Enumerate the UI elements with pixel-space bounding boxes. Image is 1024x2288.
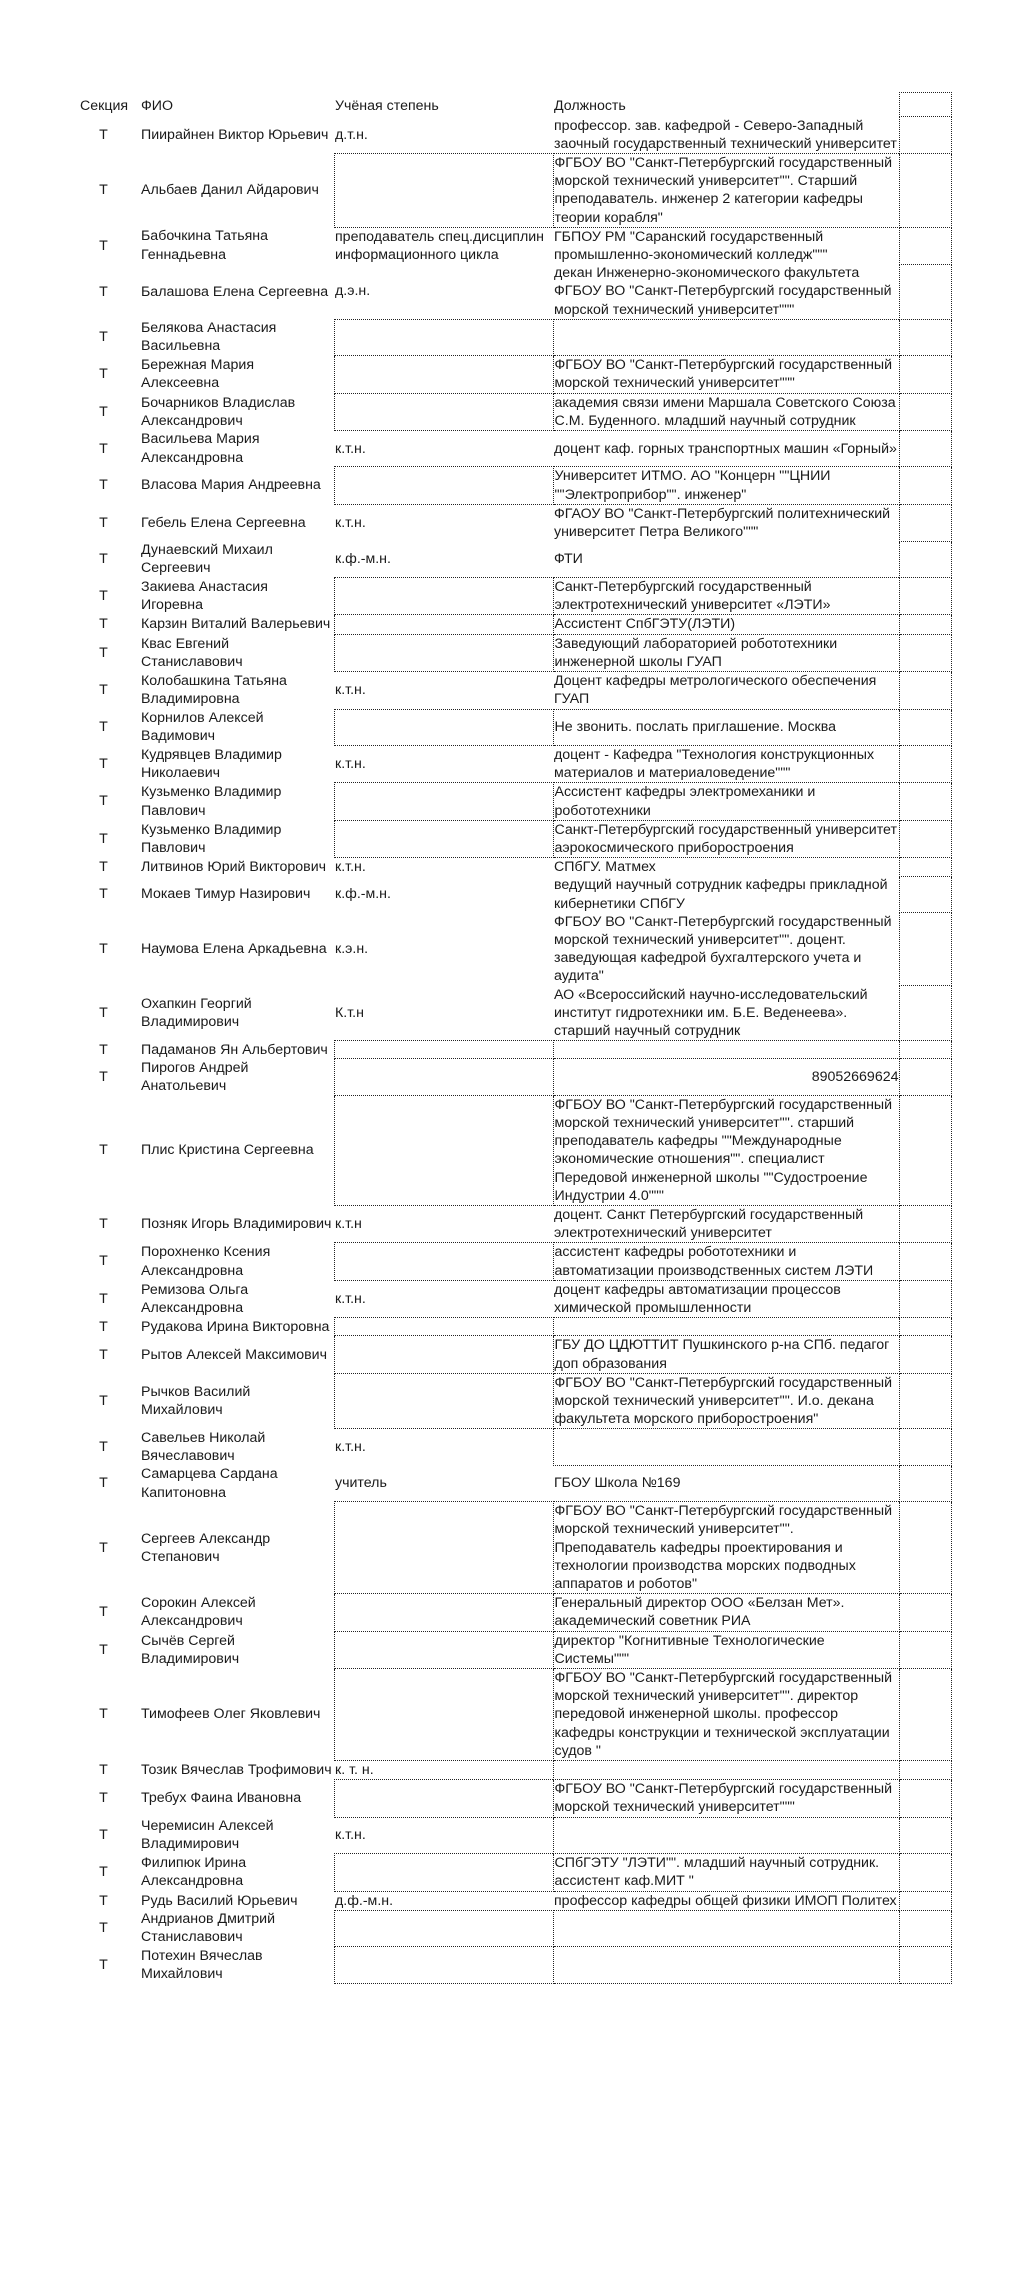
cell-section[interactable]: Т <box>78 1631 140 1668</box>
table-row: Т Требух Фаина Ивановна ФГБОУ ВО "Санкт-… <box>78 1780 951 1817</box>
cell-extra[interactable] <box>899 986 951 1041</box>
table-row: Т Кудрявцев Владимир Николаевич к.т.н. д… <box>78 745 951 782</box>
cell-fio[interactable]: Тимофеев Олег Яковлевич <box>140 1669 334 1761</box>
cell-degree[interactable] <box>334 1854 553 1891</box>
cell-extra[interactable] <box>899 578 951 615</box>
cell-position[interactable]: 89052669624 <box>553 1059 899 1095</box>
cell-position[interactable]: ФГБОУ ВО "Санкт-Петербургский государств… <box>553 153 899 227</box>
table-row: Т Пирогов Андрей Анатольевич 89052669624 <box>78 1059 951 1095</box>
cell-extra[interactable] <box>899 1095 951 1205</box>
cell-position[interactable]: ГБУ ДО ЦДЮТТИТ Пушкинского р-на СПб. пед… <box>553 1336 899 1373</box>
cell-fio[interactable]: Черемисин Алексей Владимирович <box>140 1817 334 1853</box>
cell-fio[interactable]: Бабочкина Татьяна Геннадьевна <box>140 227 334 264</box>
cell-degree[interactable] <box>334 634 553 671</box>
cell-fio[interactable]: Васильева Мария Александровна <box>140 430 334 466</box>
cell-degree[interactable] <box>334 153 553 227</box>
cell-degree[interactable]: к. т. н. <box>334 1761 553 1780</box>
cell-section[interactable]: Т <box>78 1095 140 1205</box>
cell-extra[interactable] <box>899 430 951 466</box>
cell-fio[interactable]: Савельев Николай Вячеславович <box>140 1429 334 1465</box>
cell-position[interactable] <box>553 1041 899 1059</box>
cell-position[interactable]: ФГБОУ ВО "Санкт-Петербургский государств… <box>553 1373 899 1429</box>
table-row: Т Бережная Мария Алексеевна ФГБОУ ВО "Са… <box>78 356 951 393</box>
cell-position[interactable] <box>553 1761 899 1780</box>
table-row: Т Балашова Елена Сергеевна д.э.н. декан … <box>78 264 951 319</box>
participants-table: Секция ФИО Учёная степень Должность Т Пи… <box>78 92 952 1984</box>
cell-section[interactable]: Т <box>78 913 140 986</box>
cell-position[interactable]: академия связи имени Маршала Советского … <box>553 393 899 430</box>
cell-degree[interactable] <box>334 1336 553 1373</box>
cell-position[interactable]: СПбГУ. Матмех <box>553 858 899 877</box>
cell-section[interactable]: Т <box>78 504 140 541</box>
cell-fio[interactable]: Квас Евгений Станиславович <box>140 634 334 671</box>
cell-degree[interactable] <box>334 578 553 615</box>
header-extra[interactable] <box>899 93 951 117</box>
cell-position[interactable]: ассистент кафедры робототехники и автома… <box>553 1243 899 1280</box>
table-row: Т Кузьменко Владимир Павлович Санкт-Пете… <box>78 820 951 857</box>
cell-position[interactable] <box>553 1817 899 1853</box>
cell-degree[interactable]: к.т.н. <box>334 858 553 877</box>
cell-degree[interactable]: к.т.н <box>334 1205 553 1242</box>
cell-position[interactable]: ГБОУ Школа №169 <box>553 1465 899 1501</box>
table-row: Т Савельев Николай Вячеславович к.т.н. <box>78 1429 951 1465</box>
table-row: Т Квас Евгений Станиславович Заведующий … <box>78 634 951 671</box>
cell-section[interactable]: Т <box>78 1318 140 1336</box>
cell-section[interactable]: Т <box>78 264 140 319</box>
table-row: Т Плис Кристина Сергеевна ФГБОУ ВО "Санк… <box>78 1095 951 1205</box>
cell-fio[interactable]: Корнилов Алексей Вадимович <box>140 709 334 745</box>
cell-section[interactable]: Т <box>78 541 140 577</box>
table-row: Т Бочарников Владислав Александрович ака… <box>78 393 951 430</box>
cell-extra[interactable] <box>899 1502 951 1594</box>
cell-position[interactable]: ФГБОУ ВО "Санкт-Петербургский государств… <box>553 1780 899 1817</box>
cell-fio[interactable]: Кузьменко Владимир Павлович <box>140 820 334 857</box>
table-row: Т Тозик Вячеслав Трофимович к. т. н. <box>78 1761 951 1780</box>
cell-degree[interactable] <box>334 1095 553 1205</box>
cell-fio[interactable]: Кудрявцев Владимир Николаевич <box>140 745 334 782</box>
cell-section[interactable]: Т <box>78 1280 140 1317</box>
cell-fio[interactable]: Сорокин Алексей Александрович <box>140 1594 334 1631</box>
cell-position[interactable]: ФГБОУ ВО "Санкт-Петербургский государств… <box>553 356 899 393</box>
cell-fio[interactable]: Рудь Василий Юрьевич <box>140 1891 334 1910</box>
cell-fio[interactable]: Самарцева Сардана Капитоновна <box>140 1465 334 1501</box>
cell-position[interactable]: ФГБОУ ВО "Санкт-Петербургский государств… <box>553 1669 899 1761</box>
cell-fio[interactable]: Рытов Алексей Максимович <box>140 1336 334 1373</box>
table-row: Т Васильева Мария Александровна к.т.н. д… <box>78 430 951 466</box>
cell-fio[interactable]: Власова Мария Андреевна <box>140 467 334 504</box>
cell-extra[interactable] <box>899 1817 951 1853</box>
table-row: Т Пиирайнен Виктор Юрьевич д.т.н. профес… <box>78 117 951 154</box>
cell-section[interactable]: Т <box>78 672 140 709</box>
cell-fio[interactable]: Охапкин Георгий Владимирович <box>140 986 334 1041</box>
table-row: Т Литвинов Юрий Викторович к.т.н. СПбГУ.… <box>78 858 951 877</box>
cell-position[interactable]: ФГБОУ ВО "Санкт-Петербургский государств… <box>553 1095 899 1205</box>
cell-extra[interactable] <box>899 1336 951 1373</box>
cell-section[interactable]: Т <box>78 1205 140 1242</box>
table-row: Т Сычёв Сергей Владимирович директор "Ко… <box>78 1631 951 1668</box>
cell-degree[interactable] <box>334 356 553 393</box>
cell-degree[interactable] <box>334 467 553 504</box>
cell-section[interactable]: Т <box>78 1059 140 1095</box>
cell-fio[interactable]: Кузьменко Владимир Павлович <box>140 783 334 820</box>
cell-section[interactable]: Т <box>78 356 140 393</box>
cell-degree[interactable]: учитель <box>334 1465 553 1501</box>
cell-section[interactable]: Т <box>78 858 140 877</box>
cell-section[interactable]: Т <box>78 1465 140 1501</box>
cell-fio[interactable]: Литвинов Юрий Викторович <box>140 858 334 877</box>
cell-extra[interactable] <box>899 356 951 393</box>
table-row: Т Позняк Игорь Владимирович к.т.н доцент… <box>78 1205 951 1242</box>
table-row: Т Дунаевский Михаил Сергеевич к.ф.-м.н. … <box>78 541 951 577</box>
cell-section[interactable]: Т <box>78 578 140 615</box>
cell-fio[interactable]: Потехин Вячеслав Михайлович <box>140 1947 334 1983</box>
cell-extra[interactable] <box>899 117 951 154</box>
cell-degree[interactable]: к.т.н. <box>334 430 553 466</box>
cell-degree[interactable] <box>334 1780 553 1817</box>
table-row: Т Корнилов Алексей Вадимович Не звонить.… <box>78 709 951 745</box>
cell-position[interactable]: Университет ИТМО. АО "Концерн ""ЦНИИ ""Э… <box>553 467 899 504</box>
cell-position[interactable]: ФГАОУ ВО "Санкт-Петербургский политехнич… <box>553 504 899 541</box>
cell-extra[interactable] <box>899 1669 951 1761</box>
table-row: Т Порохненко Ксения Александровна ассист… <box>78 1243 951 1280</box>
cell-degree[interactable]: д.э.н. <box>334 264 553 319</box>
cell-section[interactable]: Т <box>78 1891 140 1910</box>
cell-fio[interactable]: Альбаев Данил Айдарович <box>140 153 334 227</box>
table-row: Т Закиева Анастасия Игоревна Санкт-Петер… <box>78 578 951 615</box>
cell-section[interactable]: Т <box>78 876 140 912</box>
cell-section[interactable]: Т <box>78 1502 140 1594</box>
cell-section[interactable]: Т <box>78 820 140 857</box>
cell-section[interactable]: Т <box>78 467 140 504</box>
cell-section[interactable]: Т <box>78 1429 140 1465</box>
cell-section[interactable]: Т <box>78 1817 140 1853</box>
cell-degree[interactable] <box>334 1669 553 1761</box>
cell-fio[interactable]: Бочарников Владислав Александрович <box>140 393 334 430</box>
cell-position[interactable]: доцент. Санкт Петербургский государствен… <box>553 1205 899 1242</box>
table-row: Т Рычков Василий Михайлович ФГБОУ ВО "Са… <box>78 1373 951 1429</box>
cell-extra[interactable] <box>899 264 951 319</box>
table-row: Т Рудь Василий Юрьевич д.ф.-м.н. професс… <box>78 1891 951 1910</box>
cell-section[interactable]: Т <box>78 615 140 634</box>
cell-extra[interactable] <box>899 1891 951 1910</box>
table-row: Т Мокаев Тимур Назирович к.ф.-м.н. ведущ… <box>78 876 951 912</box>
cell-degree[interactable] <box>334 319 553 355</box>
table-row: Т Потехин Вячеслав Михайлович <box>78 1947 951 1983</box>
cell-position[interactable]: Санкт-Петербургский государственный унив… <box>553 820 899 857</box>
header-position[interactable]: Должность <box>553 93 899 117</box>
cell-section[interactable]: Т <box>78 1373 140 1429</box>
cell-section[interactable]: Т <box>78 1594 140 1631</box>
cell-position[interactable]: Доцент кафедры метрологического обеспече… <box>553 672 899 709</box>
cell-fio[interactable]: Закиева Анастасия Игоревна <box>140 578 334 615</box>
cell-fio[interactable]: Падаманов Ян Альбертович <box>140 1041 334 1059</box>
cell-position[interactable] <box>553 1947 899 1983</box>
cell-degree[interactable] <box>334 1502 553 1594</box>
cell-position[interactable]: ФГБОУ ВО "Санкт-Петербургский государств… <box>553 1502 899 1594</box>
cell-extra[interactable] <box>899 504 951 541</box>
cell-position[interactable]: АО «Всероссийский научно-исследовательск… <box>553 986 899 1041</box>
cell-degree[interactable] <box>334 1243 553 1280</box>
cell-fio[interactable]: Балашова Елена Сергеевна <box>140 264 334 319</box>
table-row: Т Бабочкина Татьяна Геннадьевна преподав… <box>78 227 951 264</box>
cell-position[interactable]: Ассистент СпбГЭТУ(ЛЭТИ) <box>553 615 899 634</box>
table-row: Т Падаманов Ян Альбертович <box>78 1041 951 1059</box>
cell-degree[interactable] <box>334 1318 553 1336</box>
table-row: Т Гебель Елена Сергеевна к.т.н. ФГАОУ ВО… <box>78 504 951 541</box>
table-row: Т Сергеев Александр Степанович ФГБОУ ВО … <box>78 1502 951 1594</box>
table-row: Т Альбаев Данил Айдарович ФГБОУ ВО "Санк… <box>78 153 951 227</box>
cell-section[interactable]: Т <box>78 1243 140 1280</box>
cell-degree[interactable]: к.т.н. <box>334 1817 553 1853</box>
cell-extra[interactable] <box>899 1761 951 1780</box>
table-row: Т Черемисин Алексей Владимирович к.т.н. <box>78 1817 951 1853</box>
table-row: Т Колобашкина Татьяна Владимировна к.т.н… <box>78 672 951 709</box>
table-row: Т Наумова Елена Аркадьевна к.э.н. ФГБОУ … <box>78 913 951 986</box>
cell-section[interactable]: Т <box>78 1669 140 1761</box>
cell-extra[interactable] <box>899 1041 951 1059</box>
cell-fio[interactable]: Сычёв Сергей Владимирович <box>140 1631 334 1668</box>
cell-degree[interactable]: к.т.н. <box>334 745 553 782</box>
cell-degree[interactable] <box>334 1631 553 1668</box>
cell-extra[interactable] <box>899 634 951 671</box>
cell-degree[interactable]: д.т.н. <box>334 117 553 154</box>
cell-fio[interactable]: Мокаев Тимур Назирович <box>140 876 334 912</box>
cell-position[interactable]: Заведующий лабораторией робототехники ин… <box>553 634 899 671</box>
cell-section[interactable]: Т <box>78 227 140 264</box>
cell-position[interactable]: директор "Когнитивные Технологические Си… <box>553 1631 899 1668</box>
cell-extra[interactable] <box>899 1059 951 1095</box>
cell-extra[interactable] <box>899 393 951 430</box>
cell-degree[interactable] <box>334 1947 553 1983</box>
cell-section[interactable]: Т <box>78 1947 140 1983</box>
cell-extra[interactable] <box>899 1780 951 1817</box>
cell-section[interactable]: Т <box>78 1780 140 1817</box>
cell-extra[interactable] <box>899 1429 951 1465</box>
cell-position[interactable] <box>553 1429 899 1465</box>
cell-position[interactable]: Не звонить. послать приглашение. Москва <box>553 709 899 745</box>
cell-fio[interactable]: Сергеев Александр Степанович <box>140 1502 334 1594</box>
table-row: Т Самарцева Сардана Капитоновна учитель … <box>78 1465 951 1501</box>
cell-fio[interactable]: Позняк Игорь Владимирович <box>140 1205 334 1242</box>
cell-section[interactable]: Т <box>78 117 140 154</box>
cell-extra[interactable] <box>899 467 951 504</box>
cell-fio[interactable]: Рудакова Ирина Викторовна <box>140 1318 334 1336</box>
cell-fio[interactable]: Наумова Елена Аркадьевна <box>140 913 334 986</box>
cell-fio[interactable]: Пиирайнен Виктор Юрьевич <box>140 117 334 154</box>
cell-extra[interactable] <box>899 153 951 227</box>
cell-section[interactable]: Т <box>78 153 140 227</box>
cell-degree[interactable]: к.т.н. <box>334 672 553 709</box>
table-row: Т Андрианов Дмитрий Станиславович <box>78 1910 951 1946</box>
cell-position[interactable] <box>553 319 899 355</box>
cell-position[interactable]: доцент каф. горных транспортных машин «Г… <box>553 430 899 466</box>
cell-section[interactable]: Т <box>78 634 140 671</box>
cell-extra[interactable] <box>899 858 951 877</box>
header-degree[interactable]: Учёная степень <box>334 93 553 117</box>
cell-extra[interactable] <box>899 672 951 709</box>
table-row: Т Филипюк Ирина Александровна СПбГЭТУ "Л… <box>78 1854 951 1891</box>
cell-degree[interactable] <box>334 393 553 430</box>
table-body: Т Пиирайнен Виктор Юрьевич д.т.н. профес… <box>78 117 951 1984</box>
table-row: Т Карзин Виталий Валерьевич Ассистент Сп… <box>78 615 951 634</box>
cell-extra[interactable] <box>899 876 951 912</box>
cell-position[interactable]: доцент кафедры автоматизации процессов х… <box>553 1280 899 1317</box>
cell-section[interactable]: Т <box>78 1336 140 1373</box>
header-fio[interactable]: ФИО <box>140 93 334 117</box>
cell-degree[interactable] <box>334 1041 553 1059</box>
cell-fio[interactable]: Гебель Елена Сергеевна <box>140 504 334 541</box>
cell-degree[interactable] <box>334 1373 553 1429</box>
cell-extra[interactable] <box>899 1280 951 1317</box>
cell-section[interactable]: Т <box>78 430 140 466</box>
header-row: Секция ФИО Учёная степень Должность <box>78 93 951 117</box>
cell-degree[interactable]: к.ф.-м.н. <box>334 876 553 912</box>
cell-extra[interactable] <box>899 1947 951 1983</box>
cell-extra[interactable] <box>899 1910 951 1946</box>
cell-extra[interactable] <box>899 709 951 745</box>
cell-degree[interactable] <box>334 783 553 820</box>
cell-position[interactable] <box>553 1318 899 1336</box>
table-row: Т Власова Мария Андреевна Университет ИТ… <box>78 467 951 504</box>
cell-fio[interactable]: Колобашкина Татьяна Владимировна <box>140 672 334 709</box>
table-row: Т Рудакова Ирина Викторовна <box>78 1318 951 1336</box>
cell-degree[interactable]: преподаватель спец.дисциплин информацион… <box>334 227 553 264</box>
cell-fio[interactable]: Пирогов Андрей Анатольевич <box>140 1059 334 1095</box>
cell-position[interactable]: ведущий научный сотрудник кафедры прикла… <box>553 876 899 912</box>
cell-degree[interactable]: к.т.н. <box>334 1429 553 1465</box>
cell-degree[interactable] <box>334 820 553 857</box>
cell-fio[interactable]: Плис Кристина Сергеевна <box>140 1095 334 1205</box>
table-row: Т Тимофеев Олег Яковлевич ФГБОУ ВО "Санк… <box>78 1669 951 1761</box>
cell-position[interactable]: профессор кафедры общей физики ИМОП Поли… <box>553 1891 899 1910</box>
cell-position[interactable]: Генеральный директор ООО «Белзан Мет». а… <box>553 1594 899 1631</box>
cell-position[interactable]: декан Инженерно-экономического факультет… <box>553 264 899 319</box>
cell-fio[interactable]: Требух Фаина Ивановна <box>140 1780 334 1817</box>
cell-fio[interactable]: Бережная Мария Алексеевна <box>140 356 334 393</box>
cell-extra[interactable] <box>899 1854 951 1891</box>
cell-extra[interactable] <box>899 1318 951 1336</box>
cell-degree[interactable] <box>334 615 553 634</box>
cell-degree[interactable] <box>334 1594 553 1631</box>
cell-position[interactable]: Ассистент кафедры электромеханики и робо… <box>553 783 899 820</box>
cell-section[interactable]: Т <box>78 1910 140 1946</box>
table-row: Т Сорокин Алексей Александрович Генераль… <box>78 1594 951 1631</box>
cell-section[interactable]: Т <box>78 709 140 745</box>
cell-position[interactable]: доцент - Кафедра "Технология конструкцио… <box>553 745 899 782</box>
cell-extra[interactable] <box>899 1243 951 1280</box>
cell-degree[interactable]: к.т.н. <box>334 1280 553 1317</box>
table-row: Т Ремизова Ольга Александровна к.т.н. до… <box>78 1280 951 1317</box>
cell-extra[interactable] <box>899 541 951 577</box>
cell-extra[interactable] <box>899 1631 951 1668</box>
cell-degree[interactable]: к.т.н. <box>334 504 553 541</box>
cell-position[interactable]: ФТИ <box>553 541 899 577</box>
cell-fio[interactable]: Андрианов Дмитрий Станиславович <box>140 1910 334 1946</box>
cell-position[interactable]: ФГБОУ ВО "Санкт-Петербургский государств… <box>553 913 899 986</box>
cell-section[interactable]: Т <box>78 393 140 430</box>
cell-fio[interactable]: Белякова Анастасия Васильевна <box>140 319 334 355</box>
cell-fio[interactable]: Дунаевский Михаил Сергеевич <box>140 541 334 577</box>
cell-position[interactable]: Санкт-Петербургский государственный элек… <box>553 578 899 615</box>
cell-extra[interactable] <box>899 1205 951 1242</box>
cell-position[interactable]: профессор. зав. кафедрой - Северо-Западн… <box>553 117 899 154</box>
cell-extra[interactable] <box>899 745 951 782</box>
cell-fio[interactable]: Порохненко Ксения Александровна <box>140 1243 334 1280</box>
cell-section[interactable]: Т <box>78 783 140 820</box>
cell-extra[interactable] <box>899 783 951 820</box>
cell-extra[interactable] <box>899 319 951 355</box>
cell-section[interactable]: Т <box>78 1761 140 1780</box>
cell-degree[interactable]: к.ф.-м.н. <box>334 541 553 577</box>
cell-extra[interactable] <box>899 913 951 986</box>
cell-degree[interactable]: д.ф.-м.н. <box>334 1891 553 1910</box>
cell-degree[interactable]: К.т.н <box>334 986 553 1041</box>
cell-extra[interactable] <box>899 1594 951 1631</box>
cell-section[interactable]: Т <box>78 745 140 782</box>
table-row: Т Охапкин Георгий Владимирович К.т.н АО … <box>78 986 951 1041</box>
cell-fio[interactable]: Ремизова Ольга Александровна <box>140 1280 334 1317</box>
cell-fio[interactable]: Карзин Виталий Валерьевич <box>140 615 334 634</box>
table-row: Т Рытов Алексей Максимович ГБУ ДО ЦДЮТТИ… <box>78 1336 951 1373</box>
cell-section[interactable]: Т <box>78 319 140 355</box>
cell-position[interactable]: ГБПОУ РМ "Саранский государственный пром… <box>553 227 899 264</box>
header-section[interactable]: Секция <box>78 93 140 117</box>
cell-degree[interactable]: к.э.н. <box>334 913 553 986</box>
table-row: Т Белякова Анастасия Васильевна <box>78 319 951 355</box>
cell-fio[interactable]: Рычков Василий Михайлович <box>140 1373 334 1429</box>
cell-fio[interactable]: Тозик Вячеслав Трофимович <box>140 1761 334 1780</box>
cell-fio[interactable]: Филипюк Ирина Александровна <box>140 1854 334 1891</box>
cell-position[interactable] <box>553 1910 899 1946</box>
cell-extra[interactable] <box>899 820 951 857</box>
cell-section[interactable]: Т <box>78 1041 140 1059</box>
cell-extra[interactable] <box>899 1465 951 1501</box>
table-row: Т Кузьменко Владимир Павлович Ассистент … <box>78 783 951 820</box>
cell-section[interactable]: Т <box>78 986 140 1041</box>
cell-extra[interactable] <box>899 1373 951 1429</box>
cell-degree[interactable] <box>334 709 553 745</box>
cell-position[interactable]: СПбГЭТУ "ЛЭТИ"". младший научный сотрудн… <box>553 1854 899 1891</box>
cell-extra[interactable] <box>899 227 951 264</box>
cell-section[interactable]: Т <box>78 1854 140 1891</box>
cell-degree[interactable] <box>334 1059 553 1095</box>
cell-degree[interactable] <box>334 1910 553 1946</box>
cell-extra[interactable] <box>899 615 951 634</box>
